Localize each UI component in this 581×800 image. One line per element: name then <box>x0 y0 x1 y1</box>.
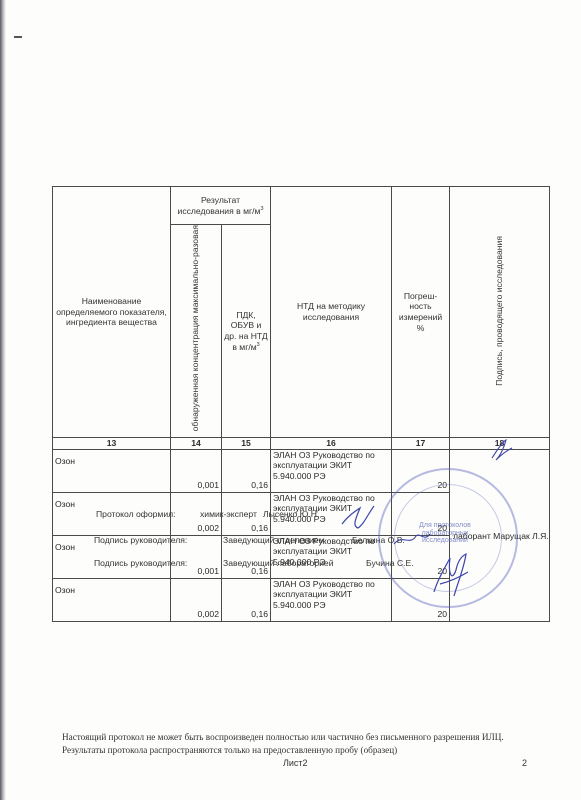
header-signature: Подпись, проводящего исследования <box>450 187 550 438</box>
cell-detected: 0,002 <box>171 579 222 622</box>
disclaimer-line-2: Результаты протокола распространяются то… <box>62 744 504 757</box>
page-number: 2 <box>522 758 527 768</box>
cell-name: Озон <box>53 579 171 622</box>
signature-head1 <box>392 528 432 550</box>
head2-role: Заведующий лабораторией <box>223 558 334 568</box>
header-name: Наименование определяемого показателя, и… <box>53 187 171 438</box>
cell-name: Озон <box>53 450 171 493</box>
cell-pdk: 0,16 <box>222 450 271 493</box>
scan-edge <box>0 0 6 800</box>
cell-pdk: 0,16 <box>222 579 271 622</box>
header-detected: обнаруженная концентрация максимально-ра… <box>171 225 222 438</box>
header-result-group: Результат исследования в мг/м3 <box>171 187 271 225</box>
signature-laborant <box>488 438 514 462</box>
header-error: Погреш-ность измерений % <box>392 187 450 438</box>
scan-mark <box>14 36 22 38</box>
header-ntd: НТД на методику исследования <box>271 187 392 438</box>
cell-ntd: ЭЛАН О3 Руководство по эксплуатации ЭКИТ… <box>271 579 392 622</box>
column-number: 15 <box>222 438 271 450</box>
column-number: 13 <box>53 438 171 450</box>
column-number: 16 <box>271 438 392 450</box>
head1-role: Заведующий отделением <box>223 535 325 545</box>
column-number: 17 <box>392 438 450 450</box>
head2-label: Подпись руководителя: <box>94 558 187 568</box>
prepared-name: Лысенко Ю.Н. <box>263 509 319 519</box>
cell-ntd: ЭЛАН О3 Руководство по эксплуатации ЭКИТ… <box>271 450 392 493</box>
disclaimer-line-1: Настоящий протокол не может быть воспрои… <box>62 731 504 744</box>
disclaimer: Настоящий протокол не может быть воспрои… <box>62 731 504 757</box>
column-number-row: 13 14 15 16 17 18 <box>53 438 550 450</box>
header-pdk: ПДК, ОБУВ и др. на НТД в мг/м3 <box>222 225 271 438</box>
signature-head2 <box>428 548 474 600</box>
prepared-role: химик-эксперт <box>200 509 257 519</box>
head1-label: Подпись руководителя: <box>94 535 187 545</box>
prepared-label: Протокол оформил: <box>96 509 176 519</box>
sheet-label: Лист2 <box>283 758 308 768</box>
signature-prepared <box>338 502 378 532</box>
cell-detected: 0,001 <box>171 450 222 493</box>
column-number: 14 <box>171 438 222 450</box>
